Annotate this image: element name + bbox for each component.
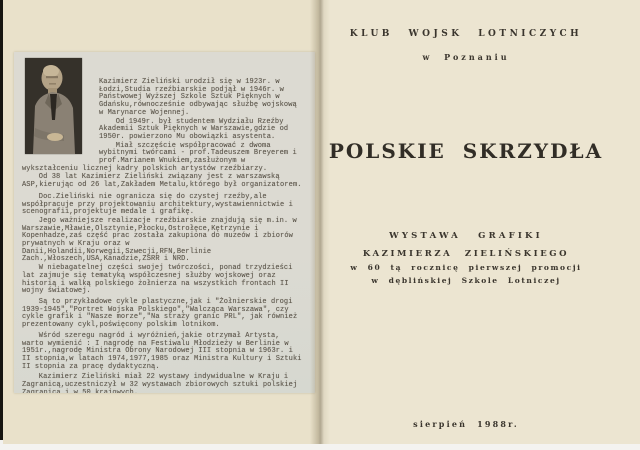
scan-edge-bottom [0,444,640,450]
club-name: KLUB WOJSK LOTNICZYCH [320,29,612,39]
bio-paragraph: Wśród szeregu nagród i wyróżnień,jakie o… [22,333,305,372]
exhibition-occasion-line2: w dęblińskiej Szkole Lotniczej [320,276,612,285]
left-page: Kazimierz Zieliński urodził się w 1923r.… [3,0,320,444]
artist-portrait-photo-image [25,58,82,154]
club-city: w Poznaniu [320,52,612,62]
bio-paragraph: Doc.Zieliński nie ogranicza się do czyst… [22,194,305,217]
bio-paragraph: Są to przykładowe cykle plastyczne,jak i… [22,299,305,330]
scanned-booklet-spread: Kazimierz Zieliński urodził się w 1923r.… [0,0,640,450]
bio-paragraph: Od 38 lat Kazimierz Zieliński związany j… [22,174,305,189]
right-page: KLUB WOJSK LOTNICZYCH w Poznaniu POLSKIE… [320,0,640,447]
bio-paragraph: W niebagatelnej części swojej twórczości… [22,265,305,296]
bio-paragraph: Kazimierz Zieliński miał 22 wystawy indy… [22,374,305,393]
artist-photo [25,58,82,154]
page-title: POLSKIE SKRZYDŁA [320,139,612,163]
publication-date: sierpień 1988r. [320,419,612,429]
exhibition-type: WYSTAWA GRAFIKI [320,231,612,241]
pasted-text-sheet: Kazimierz Zieliński urodził się w 1923r.… [14,52,315,393]
exhibition-occasion-line1: w 60 tą rocznicę pierwszej promocji [320,263,612,272]
exhibition-artist: KAZIMIERZA ZIELIŃSKIEGO [320,249,612,259]
bio-paragraph: Jego ważniejsze realizacje rzeźbiarskie … [22,218,305,264]
